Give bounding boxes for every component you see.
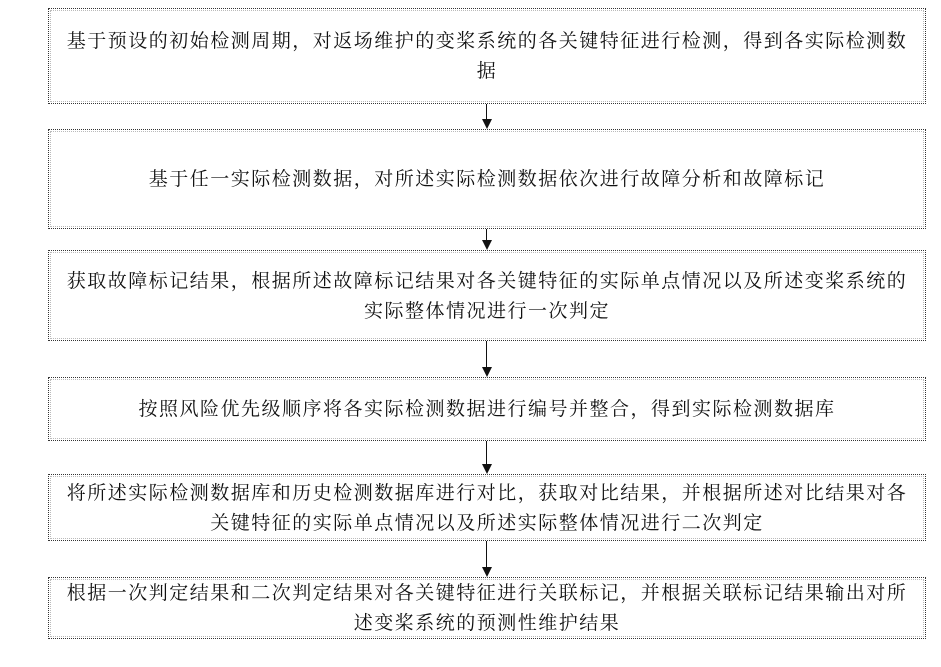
flow-step-6: 根据一次判定结果和二次判定结果对各关键特征进行关联标记，并根据关联标记结果输出对… [48, 577, 926, 639]
arrow-down-icon [482, 119, 492, 129]
flow-step-2: 基于任一实际检测数据，对所述实际检测数据依次进行故障分析和故障标记 [48, 129, 926, 229]
step-5-text: 将所述实际检测数据库和历史检测数据库进行对比，获取对比结果，并根据所述对比结果对… [59, 478, 915, 538]
connector-1-2 [486, 104, 487, 120]
step-2-text: 基于任一实际检测数据，对所述实际检测数据依次进行故障分析和故障标记 [149, 164, 826, 194]
flow-step-1: 基于预设的初始检测周期，对返场维护的变桨系统的各关键特征进行检测，得到各实际检测… [48, 8, 926, 104]
flow-step-4: 按照风险优先级顺序将各实际检测数据进行编号并整合，得到实际检测数据库 [48, 377, 926, 441]
arrow-down-icon [482, 240, 492, 250]
flow-step-3: 获取故障标记结果，根据所述故障标记结果对各关键特征的实际单点情况以及所述变桨系统… [48, 250, 926, 341]
flow-step-5: 将所述实际检测数据库和历史检测数据库进行对比，获取对比结果，并根据所述对比结果对… [48, 474, 926, 541]
step-3-text: 获取故障标记结果，根据所述故障标记结果对各关键特征的实际单点情况以及所述变桨系统… [59, 266, 915, 326]
arrow-down-icon [482, 567, 492, 577]
connector-3-4 [486, 341, 487, 368]
arrow-down-icon [482, 464, 492, 474]
connector-5-6 [486, 541, 487, 568]
connector-4-5 [486, 441, 487, 465]
step-6-text: 根据一次判定结果和二次判定结果对各关键特征进行关联标记，并根据关联标记结果输出对… [59, 578, 915, 638]
step-1-text: 基于预设的初始检测周期，对返场维护的变桨系统的各关键特征进行检测，得到各实际检测… [59, 26, 915, 86]
arrow-down-icon [482, 367, 492, 377]
step-4-text: 按照风险优先级顺序将各实际检测数据进行编号并整合，得到实际检测数据库 [138, 394, 835, 424]
